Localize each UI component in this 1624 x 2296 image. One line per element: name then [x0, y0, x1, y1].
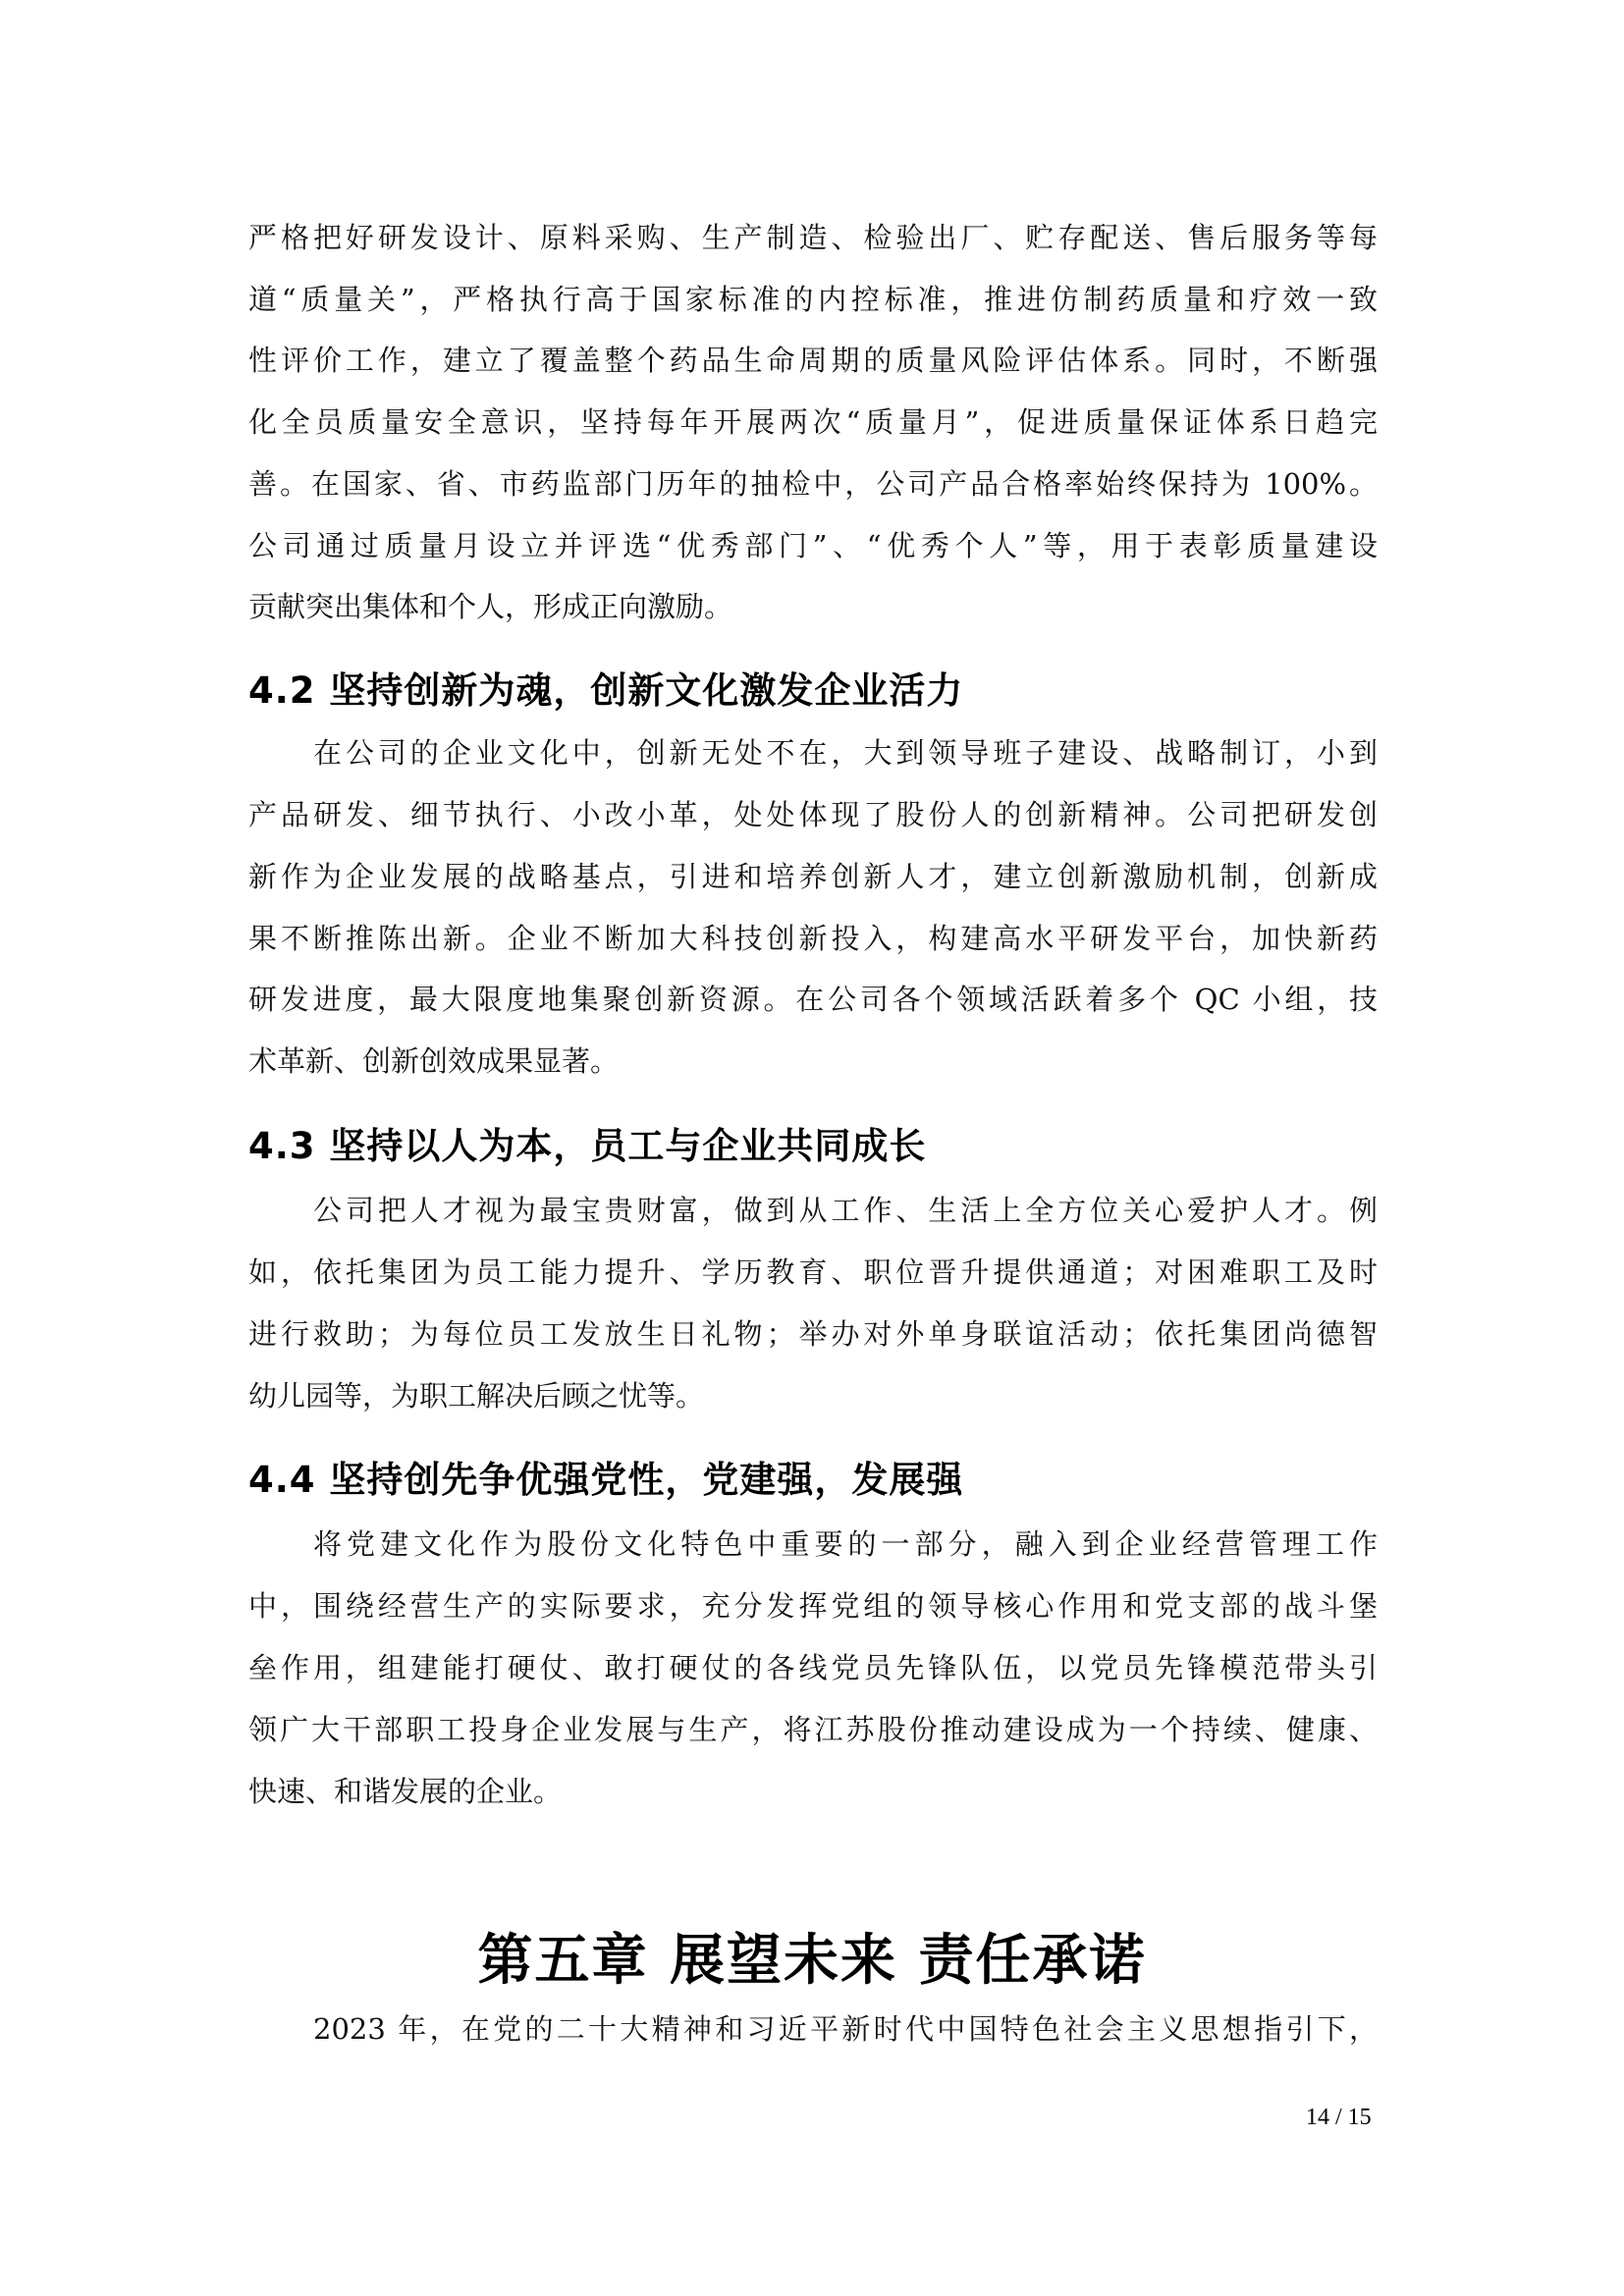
text-line: 垒作用，组建能打硬仗、敢打硬仗的各线党员先锋队伍，以党员先锋模范带头引 [248, 1648, 1378, 1687]
text-line: 将党建文化作为股份文化特色中重要的一部分，融入到企业经营管理工作 [313, 1524, 1378, 1564]
text-line: 化全员质量安全意识，坚持每年开展两次“质量月”，促进质量保证体系日趋完 [248, 402, 1378, 442]
section-heading-4-3: 4.3 坚持以人为本，员工与企业共同成长 [248, 1123, 926, 1170]
text-line: 产品研发、细节执行、小改小革，处处体现了股份人的创新精神。公司把研发创 [248, 795, 1378, 834]
text-line: 公司通过质量月设立并评选“优秀部门”、“优秀个人”等，用于表彰质量建设 [248, 526, 1378, 565]
chapter-title: 第五章 展望未来 责任承诺 [0, 1926, 1624, 1997]
text-line: 在公司的企业文化中，创新无处不在，大到领导班子建设、战略制订，小到 [313, 733, 1378, 773]
text-line: 道“质量关”，严格执行高于国家标准的内控标准，推进仿制药质量和疗效一致 [248, 280, 1378, 319]
section-heading-4-4: 4.4 坚持创先争优强党性，党建强，发展强 [248, 1457, 963, 1504]
text-line: 2023 年，在党的二十大精神和习近平新时代中国特色社会主义思想指引下， [313, 2009, 1378, 2049]
text-line: 公司把人才视为最宝贵财富，做到从工作、生活上全方位关心爱护人才。例 [313, 1191, 1378, 1230]
text-line: 幼儿园等，为职工解决后顾之忧等。 [248, 1376, 1378, 1415]
text-line: 性评价工作，建立了覆盖整个药品生命周期的质量风险评估体系。同时，不断强 [248, 341, 1378, 380]
text-line: 善。在国家、省、市药监部门历年的抽检中，公司产品合格率始终保持为 100%。 [248, 464, 1378, 504]
text-line: 快速、和谐发展的企业。 [248, 1772, 1378, 1811]
text-line: 新作为企业发展的战略基点，引进和培养创新人才，建立创新激励机制，创新成 [248, 857, 1378, 896]
text-line: 如，依托集团为员工能力提升、学历教育、职位晋升提供通道；对困难职工及时 [248, 1253, 1378, 1292]
text-line: 术革新、创新创效成果显著。 [248, 1041, 1378, 1081]
text-line: 研发进度，最大限度地集聚创新资源。在公司各个领域活跃着多个 QC 小组，技 [248, 980, 1378, 1019]
text-line: 领广大干部职工投身企业发展与生产，将江苏股份推动建设成为一个持续、健康、 [248, 1710, 1378, 1749]
text-line: 进行救助；为每位员工发放生日礼物；举办对外单身联谊活动；依托集团尚德智 [248, 1314, 1378, 1354]
document-page: 严格把好研发设计、原料采购、生产制造、检验出厂、贮存配送、售后服务等每 道“质量… [0, 0, 1624, 2296]
text-line: 中，围绕经营生产的实际要求，充分发挥党组的领导核心作用和党支部的战斗堡 [248, 1586, 1378, 1626]
section-heading-4-2: 4.2 坚持创新为魂，创新文化激发企业活力 [248, 667, 963, 715]
text-line: 果不断推陈出新。企业不断加大科技创新投入，构建高水平研发平台，加快新药 [248, 919, 1378, 958]
text-line: 严格把好研发设计、原料采购、生产制造、检验出厂、贮存配送、售后服务等每 [248, 218, 1378, 257]
text-line: 贡献突出集体和个人，形成正向激励。 [248, 587, 1378, 626]
page-number: 14 / 15 [1306, 2103, 1372, 2132]
